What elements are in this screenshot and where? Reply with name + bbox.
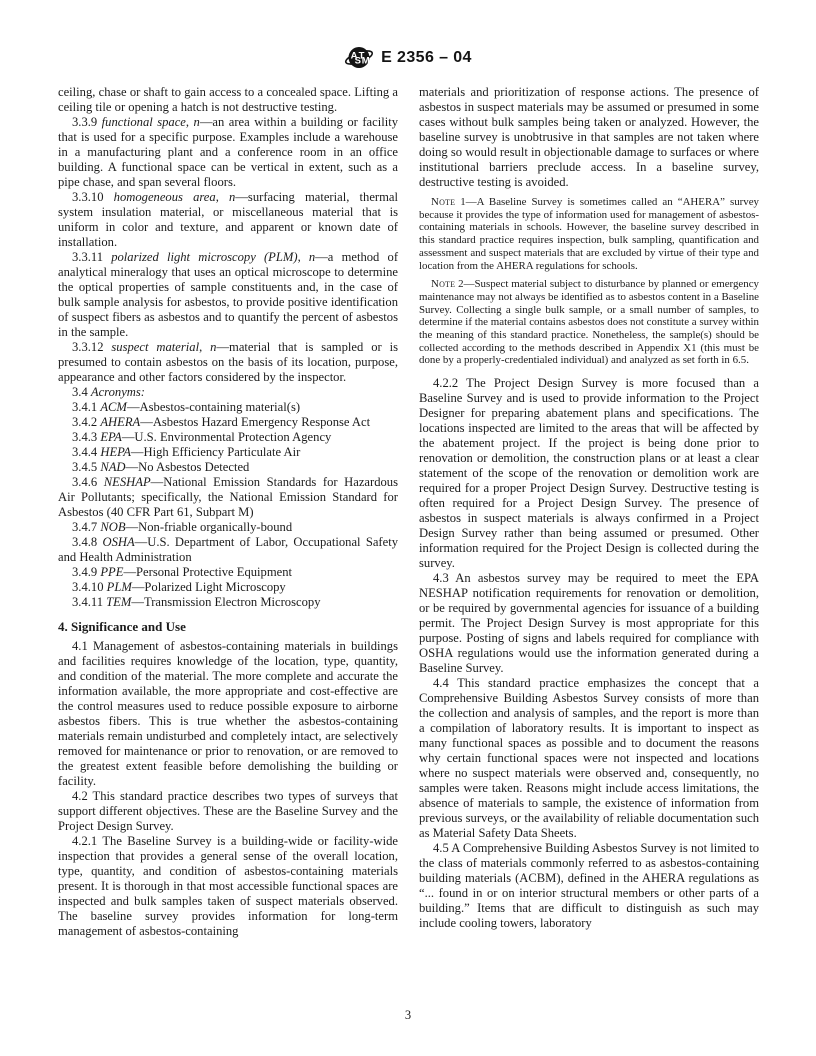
defined-term: ACM (100, 400, 127, 414)
paragraph: 4.3 An asbestos survey may be required t… (419, 571, 759, 676)
paragraph: 3.4 Acronyms: (58, 385, 398, 400)
defined-term: NOB (100, 520, 125, 534)
defined-term: EPA (100, 430, 121, 444)
text-run: , (216, 190, 229, 204)
defined-term: NESHAP (104, 475, 151, 489)
text-run: —No Asbestos Detected (126, 460, 250, 474)
text-run: —Asbestos Hazard Emergency Response Act (140, 415, 370, 429)
page-header: A S T M E 2356 – 04 (0, 44, 816, 71)
text-run: , (186, 115, 194, 129)
paragraph: 4.2 This standard practice describes two… (58, 789, 398, 834)
text-run: 3.3.12 (72, 340, 111, 354)
text-run: ceiling, chase or shaft to gain access t… (58, 85, 398, 114)
paragraph: 3.4.6 NESHAP—National Emission Standards… (58, 475, 398, 520)
text-run: 3.3.9 (72, 115, 102, 129)
paragraph: 3.4.1 ACM—Asbestos-containing material(s… (58, 400, 398, 415)
paragraph: 3.4.4 HEPA—High Efficiency Particulate A… (58, 445, 398, 460)
paragraph: 4.2.2 The Project Design Survey is more … (419, 376, 759, 571)
left-column: ceiling, chase or shaft to gain access t… (58, 85, 398, 939)
text-run: 4.2.1 The Baseline Survey is a building-… (58, 834, 398, 938)
text-run: —Polarized Light Microscopy (132, 580, 286, 594)
text-run: 2—Suspect material subject to disturbanc… (419, 278, 759, 366)
text-run: —U.S. Environmental Protection Agency (122, 430, 332, 444)
text-run: 3.4.10 (72, 580, 107, 594)
text-run: 3.4.3 (72, 430, 100, 444)
text-run: 4.2 This standard practice describes two… (58, 789, 398, 833)
defined-term: PLM (107, 580, 132, 594)
defined-term: functional space (102, 115, 186, 129)
text-run: 3.3.11 (72, 250, 111, 264)
text-run: 3.4.2 (72, 415, 100, 429)
paragraph: 4.1 Management of asbestos-containing ma… (58, 639, 398, 789)
text-run: 4.1 Management of asbestos-containing ma… (58, 639, 398, 788)
paragraph: 3.3.9 functional space, n—an area within… (58, 115, 398, 190)
text-run: materials and prioritization of response… (419, 85, 759, 189)
defined-term: suspect material (111, 340, 199, 354)
paragraph: 3.3.12 suspect material, n—material that… (58, 340, 398, 385)
text-run: 3.4.6 (72, 475, 104, 489)
paragraph: 3.4.5 NAD—No Asbestos Detected (58, 460, 398, 475)
note-label: Note (431, 196, 455, 208)
text-run: —Transmission Electron Microscopy (131, 595, 320, 609)
text-run: 4.4 This standard practice emphasizes th… (419, 676, 759, 840)
defined-term: OSHA (102, 535, 134, 549)
text-run: 3.4 (72, 385, 91, 399)
text-run: , (298, 250, 309, 264)
paragraph: 3.3.10 homogeneous area, n—surfacing mat… (58, 190, 398, 250)
text-run: 4. Significance and Use (58, 619, 186, 634)
text-run: , (199, 340, 210, 354)
paragraph: 3.4.2 AHERA—Asbestos Hazard Emergency Re… (58, 415, 398, 430)
defined-term: homogeneous area (114, 190, 216, 204)
text-run: 3.4.1 (72, 400, 100, 414)
svg-text:M: M (362, 56, 370, 67)
text-run: 4.2.2 The Project Design Survey is more … (419, 376, 759, 570)
defined-term: polarized light microscopy (PLM) (111, 250, 297, 264)
paragraph: 4.5 A Comprehensive Building Asbestos Su… (419, 841, 759, 931)
defined-term: NAD (100, 460, 125, 474)
text-run: 3.4.5 (72, 460, 100, 474)
paragraph: 3.4.11 TEM—Transmission Electron Microsc… (58, 595, 398, 610)
paragraph: 3.4.7 NOB—Non-friable organically-bound (58, 520, 398, 535)
text-run: —Non-friable organically-bound (126, 520, 293, 534)
paragraph: 4.2.1 The Baseline Survey is a building-… (58, 834, 398, 939)
section-heading: 4. Significance and Use (58, 619, 398, 635)
text-run: 4.3 An asbestos survey may be required t… (419, 571, 759, 675)
paragraph: 4.4 This standard practice emphasizes th… (419, 676, 759, 841)
defined-term: PPE (100, 565, 123, 579)
paragraph: 3.4.9 PPE—Personal Protective Equipment (58, 565, 398, 580)
text-run: 3.3.10 (72, 190, 114, 204)
right-column: materials and prioritization of response… (419, 85, 759, 939)
paragraph: ceiling, chase or shaft to gain access t… (58, 85, 398, 115)
defined-term: AHERA (100, 415, 140, 429)
paragraph: 3.3.11 polarized light microscopy (PLM),… (58, 250, 398, 340)
paragraph: materials and prioritization of response… (419, 85, 759, 190)
paragraph: 3.4.8 OSHA—U.S. Department of Labor, Occ… (58, 535, 398, 565)
text-run: 3.4.9 (72, 565, 100, 579)
defined-term: Acronyms: (91, 385, 145, 399)
text-run: 1—A Baseline Survey is sometimes called … (419, 196, 759, 272)
note-paragraph: Note 1—A Baseline Survey is sometimes ca… (419, 196, 759, 272)
text-run: —Personal Protective Equipment (123, 565, 292, 579)
text-run: —High Efficiency Particulate Air (131, 445, 300, 459)
astm-logo-icon: A S T M (344, 44, 374, 71)
defined-term: HEPA (100, 445, 131, 459)
text-run: 3.4.7 (72, 520, 100, 534)
text-run: 4.5 A Comprehensive Building Asbestos Su… (419, 841, 759, 930)
defined-term: TEM (106, 595, 131, 609)
text-run: —Asbestos-containing material(s) (127, 400, 300, 414)
text-run: 3.4.11 (72, 595, 106, 609)
two-column-text: ceiling, chase or shaft to gain access t… (58, 85, 759, 939)
note-label: Note (431, 278, 455, 290)
paragraph: 3.4.10 PLM—Polarized Light Microscopy (58, 580, 398, 595)
standard-designation: E 2356 – 04 (381, 49, 472, 67)
paragraph: 3.4.3 EPA—U.S. Environmental Protection … (58, 430, 398, 445)
text-run: 3.4.8 (72, 535, 102, 549)
page-number: 3 (0, 1008, 816, 1023)
text-run: 3.4.4 (72, 445, 100, 459)
note-paragraph: Note 2—Suspect material subject to distu… (419, 278, 759, 367)
